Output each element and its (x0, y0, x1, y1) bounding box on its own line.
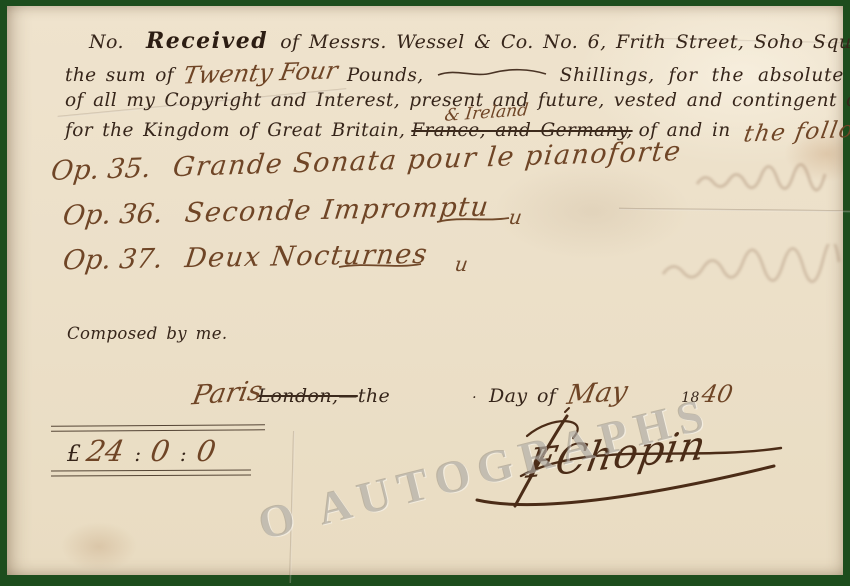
day-of-label: Day of (489, 385, 556, 407)
shillings-text: Shillings, for the absolute Sale (560, 65, 850, 86)
currency-symbol: £ (67, 442, 81, 467)
opus-number: Op. 37. (61, 243, 164, 276)
sum-line: the sum of Twenty Four Pounds, Shillings… (65, 59, 850, 87)
signature-flourish (469, 406, 799, 521)
fold-crease-right (619, 208, 850, 212)
opus-number: Op. 36. (61, 198, 164, 231)
ditto-mark-op36: u (507, 205, 523, 229)
sum-prefix: the sum of (65, 65, 174, 86)
year-handwritten: 40 (699, 380, 734, 408)
amount-in-words: Twenty Four (181, 56, 340, 89)
work-title: Grande Sonata pour le pianoforte (171, 136, 683, 183)
ink-bleedthrough-lower (659, 244, 845, 290)
composed-text: Composed by me. (67, 324, 228, 343)
receipt-document: No. Received of Messrs. Wessel & Co. No.… (7, 6, 843, 575)
work-entry-op35: Op. 35. Grande Sonata pour le pianoforte (51, 136, 682, 187)
ink-bleedthrough-upper (693, 158, 845, 200)
blank-filler-dash (436, 66, 548, 80)
composed-line: Composed by me. (67, 324, 228, 343)
flourish-dash-op37 (337, 258, 423, 274)
place-struck: London,— (257, 385, 357, 407)
amount-box: £ 24 : 0 : 0 (51, 425, 265, 476)
amount-shillings: 0 (148, 434, 172, 468)
amount-row: £ 24 : 0 : 0 (51, 431, 265, 470)
fold-crease-bottom-vertical (289, 431, 295, 583)
following-works-handwritten: the following works (741, 110, 850, 147)
territory-prefix: for the Kingdom of Great Britain, (65, 120, 405, 141)
the-label: the (358, 385, 390, 407)
amount-separator-2: : (180, 442, 187, 466)
chopin-signature: FChopin (469, 406, 799, 521)
amount-pence: 0 (194, 434, 218, 468)
line1-text: of Messrs. Wessel & Co. No. 6, Frith Str… (280, 31, 850, 53)
day-blank-dot: · (472, 390, 477, 406)
amount-pounds: 24 (84, 434, 127, 468)
date-line: Paris London,— the · Day of May 18 40 (193, 378, 732, 409)
no-label: No. (89, 31, 124, 53)
amount-rule-bottom (51, 469, 251, 476)
place-handwritten: Paris (190, 376, 265, 412)
received-word: Received (146, 28, 268, 54)
printed-line-1: No. Received of Messrs. Wessel & Co. No.… (89, 28, 850, 54)
pounds-label: Pounds, (347, 65, 424, 86)
opus-number: Op. 35. (49, 153, 152, 187)
work-entry-op36: Op. 36. Seconde Impromptu (63, 192, 490, 232)
ditto-mark-op37: u (453, 252, 469, 276)
territory-line: for the Kingdom of Great Britain, France… (65, 116, 850, 142)
flourish-dash-op36 (435, 212, 511, 228)
year-printed-century: 18 (681, 390, 700, 406)
amount-separator-1: : (134, 442, 141, 466)
